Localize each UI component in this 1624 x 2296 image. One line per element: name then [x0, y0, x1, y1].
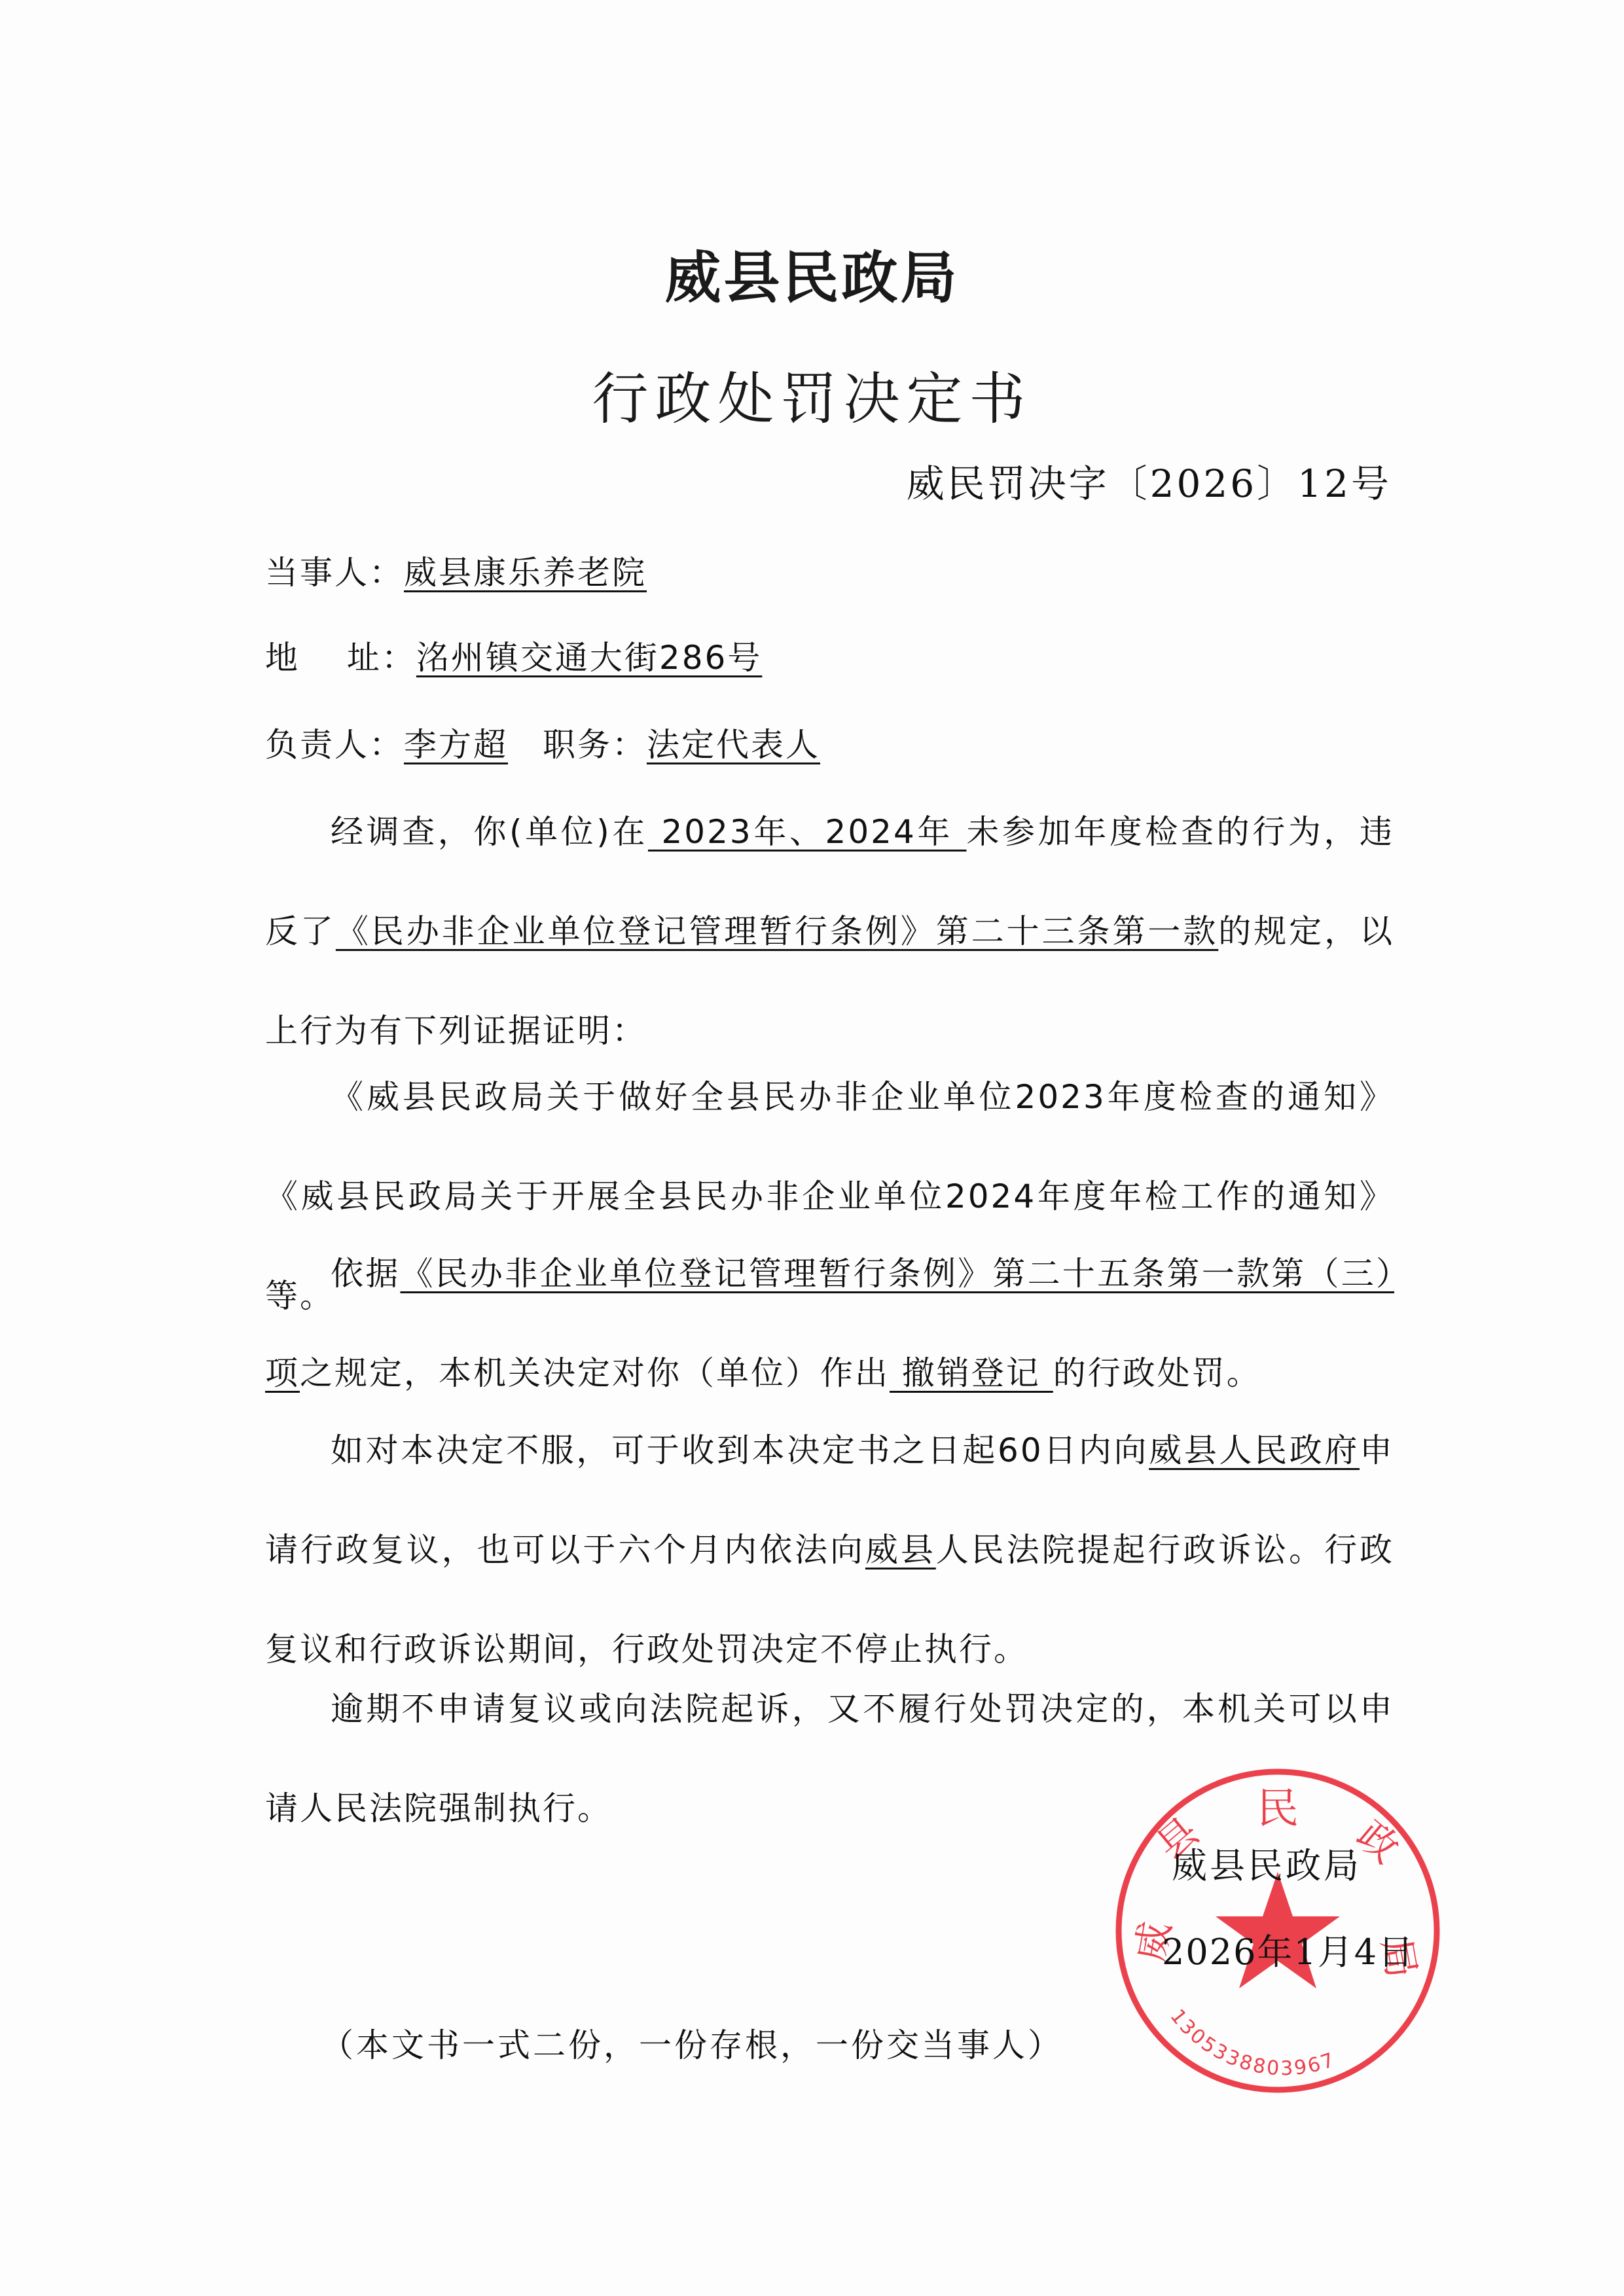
signature-org: 威县民政局 — [1172, 1838, 1362, 1888]
violated-law: 《民办非企业单位登记管理暂行条例》第二十三条第一款 — [336, 912, 1218, 950]
position-value: 法定代表人 — [647, 726, 820, 764]
signature-date: 2026年1月4日 — [1162, 1924, 1415, 1975]
court-county: 威县 — [865, 1531, 936, 1569]
paragraph-appeal: 如对本决定不服，可于收到本决定书之日起60日内向威县人民政府申请行政复议，也可以… — [265, 1401, 1394, 1699]
p3-text-c: 的行政处罚。 — [1053, 1354, 1261, 1392]
paragraph-decision: 依据《民办非企业单位登记管理暂行条例》第二十五条第一款第（三）项之规定，本机关决… — [265, 1224, 1394, 1423]
p3-text-b: 之规定，本机关决定对你（单位）作出 — [300, 1354, 890, 1392]
p1-text-a: 经调查，你(单位)在 — [331, 813, 648, 851]
responsible-line: 负责人：李方超 职务：法定代表人 — [265, 719, 820, 766]
party-line: 当事人：威县康乐养老院 — [265, 547, 647, 594]
issuer-title: 威县民政局 — [0, 232, 1624, 314]
address-label: 地 址： — [265, 639, 416, 677]
party-label: 当事人： — [265, 554, 404, 592]
responsible-value: 李方超 — [404, 726, 508, 764]
party-value: 威县康乐养老院 — [404, 554, 647, 592]
responsible-label: 负责人： — [265, 726, 404, 764]
review-authority: 威县人民政府 — [1149, 1431, 1360, 1469]
document-title: 行政处罚决定书 — [0, 353, 1624, 435]
p4-text-a: 如对本决定不服，可于收到本决定书之日起60日内向 — [331, 1431, 1149, 1469]
document-number: 威民罚决字〔2026〕12号 — [907, 453, 1392, 508]
address-value: 洺州镇交通大街286号 — [416, 639, 762, 677]
violation-years: 2023年、2024年 — [648, 813, 966, 851]
svg-text:民: 民 — [1257, 1785, 1299, 1833]
p3-text-a: 依据 — [331, 1255, 400, 1293]
footer-note: （本文书一式二份，一份存根，一份交当事人） — [321, 2019, 1063, 2066]
penalty: 撤销登记 — [890, 1354, 1053, 1392]
paragraph-findings: 经调查，你(单位)在 2023年、2024年 未参加年度检查的行为，违反了《民办… — [265, 782, 1394, 1081]
position-label: 职务： — [543, 726, 647, 764]
document-page: 威县民政局 行政处罚决定书 威民罚决字〔2026〕12号 当事人：威县康乐养老院… — [0, 0, 1624, 2296]
address-line: 地 址：洺州镇交通大街286号 — [265, 632, 762, 679]
svg-text:1305338803967: 1305338803967 — [1165, 2005, 1339, 2080]
